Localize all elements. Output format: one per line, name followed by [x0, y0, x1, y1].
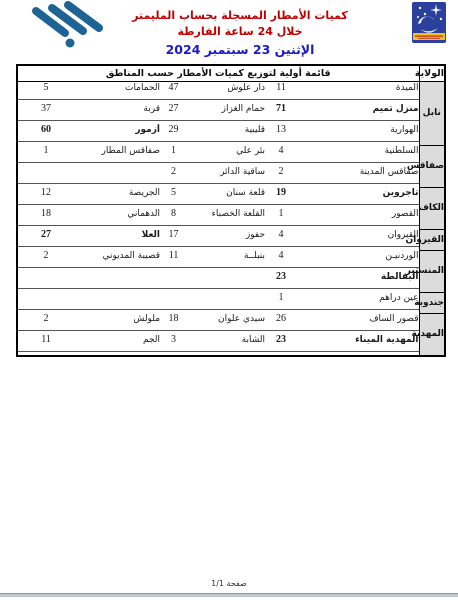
station-name: ملولش — [133, 313, 160, 325]
station-name: القلعة الخصباء — [212, 208, 265, 220]
report-title-line1: كميات الأمطار المسجلة بحساب المليمتر — [110, 8, 370, 24]
station-name: الهوارية — [390, 124, 418, 136]
station-name-cell — [187, 271, 265, 292]
station-name-cell: سيدي علوان — [187, 313, 265, 334]
rainfall-value-cell — [17, 166, 74, 187]
rainfall-value-cell — [17, 271, 74, 292]
table-row: القصور1القلعة الخصباء8الدهماني18 — [17, 208, 445, 229]
station-name-cell: قلعة سنان — [187, 187, 265, 208]
station-name-cell — [74, 166, 160, 187]
rainfall-value-cell: 5 — [17, 82, 74, 104]
rainfall-value: 1 — [44, 145, 49, 157]
rainfall-value-cell: 3 — [160, 334, 187, 356]
station-name-cell: ساقية الدائر — [187, 166, 265, 187]
rainfall-value-cell: 1 — [160, 145, 187, 166]
station-name: قربة — [143, 103, 160, 115]
rainfall-value: 4 — [279, 229, 284, 241]
station-name: الجريصة — [129, 187, 160, 199]
rainfall-value: 3 — [171, 334, 176, 346]
rainfall-value-cell: 2 — [265, 166, 297, 187]
table-row: المهديةقصور الساف26سيدي علوان18ملولش2 — [17, 313, 445, 334]
rainfall-value: 12 — [41, 187, 51, 199]
rainfall-value: 1 — [279, 292, 284, 304]
station-name: دار علوش — [227, 82, 265, 94]
report-title-line2: خلال 24 ساعة الفارطة — [110, 24, 370, 40]
rainfall-value-cell: 60 — [17, 124, 74, 145]
rainfall-value-cell: 13 — [265, 124, 297, 145]
rainfall-table: الولاية قائمة أولية لتوزيع كميات الأمطار… — [16, 64, 446, 357]
station-name: قلعة سنان — [226, 187, 265, 199]
rainfall-value-cell: 1 — [265, 208, 297, 229]
station-name: عين دراهم — [379, 292, 418, 304]
rainfall-value-cell: 71 — [265, 103, 297, 124]
rainfall-value-cell: 11 — [17, 334, 74, 356]
station-name-cell: بنبلــة — [187, 250, 265, 271]
rainfall-value-cell: 37 — [17, 103, 74, 124]
rainfall-value-cell: 17 — [160, 229, 187, 250]
station-name-cell: العلا — [74, 229, 160, 250]
governorate-cell: المهدية — [419, 313, 445, 356]
station-name-cell: بئر علي — [187, 145, 265, 166]
table-row: البقالطة23 — [17, 271, 445, 292]
report-date: الإثنين 23 سبتمبر 2024 — [110, 42, 370, 57]
station-name: حمام الغزاز — [222, 103, 265, 115]
rainfall-value-cell: 5 — [160, 187, 187, 208]
governorate-column-header: الولاية — [419, 65, 445, 82]
rainfall-value-cell: 2 — [160, 166, 187, 187]
governorate-cell: الكاف — [419, 187, 445, 229]
rainfall-value: 47 — [169, 82, 179, 94]
rainfall-value-cell — [160, 292, 187, 313]
station-name-cell: صفاقس المطار — [74, 145, 160, 166]
rainfall-value-cell: 23 — [265, 271, 297, 292]
station-name-cell: قليبية — [187, 124, 265, 145]
rainfall-value: 11 — [169, 250, 179, 262]
rainfall-value: 2 — [44, 250, 49, 262]
rainfall-value-cell — [160, 271, 187, 292]
rainfall-value: 71 — [276, 103, 286, 115]
station-name: بنبلــة — [244, 250, 265, 262]
rainfall-value: 37 — [41, 103, 51, 115]
station-name-cell: الجريصة — [74, 187, 160, 208]
rainfall-value: 5 — [44, 82, 49, 94]
rainfall-value-cell: 2 — [17, 313, 74, 334]
station-name: قليبية — [245, 124, 265, 136]
table-row: صفاقس المدينة2ساقية الدائر2 — [17, 166, 445, 187]
rainfall-value: 23 — [276, 271, 286, 283]
station-name-cell: حمام الغزاز — [187, 103, 265, 124]
station-name: الميدة — [396, 82, 419, 94]
station-name-cell: حفوز — [187, 229, 265, 250]
governorate-cell: نابل — [419, 82, 445, 146]
rainfall-value: 27 — [41, 229, 51, 241]
governorate-cell: المنستير — [419, 250, 445, 292]
station-name-cell: دار علوش — [187, 82, 265, 104]
rainfall-value-cell: 8 — [160, 208, 187, 229]
rainfall-value: 2 — [171, 166, 176, 178]
meteorology-institute-logo-icon — [412, 2, 446, 43]
station-name-cell: صفاقس المدينة — [297, 166, 419, 187]
station-name-cell: القلعة الخصباء — [187, 208, 265, 229]
station-name-cell: الدهماني — [74, 208, 160, 229]
station-name: الحمامات — [125, 82, 160, 94]
table-row: المهدية الميناء23الشابة3الجم11 — [17, 334, 445, 356]
table-row: المنستيرالوردنيـن4بنبلــة11قصيبة المديون… — [17, 250, 445, 271]
rainfall-value-cell: 12 — [17, 187, 74, 208]
station-name-cell: قربة — [74, 103, 160, 124]
station-name-cell: الشابة — [187, 334, 265, 356]
station-name: صفاقس المدينة — [360, 166, 419, 178]
station-name: السلطنية — [385, 145, 419, 157]
table-row: الهوارية13قليبية29أزمور60 — [17, 124, 445, 145]
station-name-cell — [187, 292, 265, 313]
document-page: { "header": { "title_line1": "كميات الأم… — [0, 0, 458, 600]
station-name: الجم — [143, 334, 160, 346]
rainfall-value-cell: 1 — [265, 292, 297, 313]
rainfall-value: 5 — [171, 187, 176, 199]
station-name-cell: الميدة — [297, 82, 419, 104]
station-name-cell: الهوارية — [297, 124, 419, 145]
rainfall-value-cell: 1 — [17, 145, 74, 166]
station-name: منزل تميم — [373, 103, 419, 115]
station-name-cell: الوردنيـن — [297, 250, 419, 271]
rainfall-value-cell: 18 — [160, 313, 187, 334]
rainfall-value: 2 — [279, 166, 284, 178]
rainfall-value-cell: 2 — [17, 250, 74, 271]
station-name: المهدية الميناء — [355, 334, 418, 346]
rainfall-value-cell: 27 — [160, 103, 187, 124]
rainfall-value-cell: 27 — [17, 229, 74, 250]
rainfall-value: 1 — [171, 145, 176, 157]
table-header-row: الولاية قائمة أولية لتوزيع كميات الأمطار… — [17, 65, 445, 82]
station-name-cell: القيروان — [297, 229, 419, 250]
station-name-cell: السلطنية — [297, 145, 419, 166]
table-row: نابلالميدة11دار علوش47الحمامات5 — [17, 82, 445, 104]
rainfall-value: 26 — [276, 313, 286, 325]
rainfall-value: 13 — [276, 124, 286, 136]
governorate-cell: صفاقس — [419, 145, 445, 187]
rainfall-value-cell: 4 — [265, 145, 297, 166]
rainfall-value-cell: 26 — [265, 313, 297, 334]
station-name-cell: البقالطة — [297, 271, 419, 292]
rainfall-value-cell: 11 — [160, 250, 187, 271]
station-name-cell: المهدية الميناء — [297, 334, 419, 356]
rainfall-value: 27 — [169, 103, 179, 115]
governorate-cell: القيروان — [419, 229, 445, 250]
station-name: سيدي علوان — [218, 313, 265, 325]
station-name: الوردنيـن — [386, 250, 419, 262]
rainfall-value: 4 — [279, 250, 284, 262]
page-number-label: صفحة 1/1 — [0, 579, 458, 588]
governorate-cell: جندوبة — [419, 292, 445, 313]
rainfall-value-cell: 4 — [265, 250, 297, 271]
rainfall-value-cell: 23 — [265, 334, 297, 356]
station-name-cell: ملولش — [74, 313, 160, 334]
station-name-cell — [74, 292, 160, 313]
rain-table-body: نابلالميدة11دار علوش47الحمامات5منزل تميم… — [17, 82, 445, 357]
rainfall-value: 2 — [44, 313, 49, 325]
station-name: قصيبة المديوني — [102, 250, 160, 262]
rainfall-value: 11 — [276, 82, 286, 94]
station-name-cell: الجم — [74, 334, 160, 356]
rainfall-value: 23 — [276, 334, 286, 346]
station-name: الدهماني — [127, 208, 160, 220]
rainfall-value-cell: 19 — [265, 187, 297, 208]
station-name-cell: منزل تميم — [297, 103, 419, 124]
rainfall-value: 17 — [169, 229, 179, 241]
rainfall-value-cell: 4 — [265, 229, 297, 250]
station-name-cell: الحمامات — [74, 82, 160, 104]
rainfall-value-cell: 29 — [160, 124, 187, 145]
station-name-cell: قصيبة المديوني — [74, 250, 160, 271]
rainfall-value: 11 — [41, 334, 51, 346]
station-name: بئر علي — [236, 145, 265, 157]
station-name-cell — [74, 271, 160, 292]
rainfall-value: 19 — [276, 187, 286, 199]
rainfall-value: 18 — [41, 208, 51, 220]
station-name-cell: قصور الساف — [297, 313, 419, 334]
rainfall-value-cell: 18 — [17, 208, 74, 229]
station-name: تاجروين — [383, 187, 419, 199]
rainfall-value: 60 — [41, 124, 51, 136]
station-name: القصور — [392, 208, 419, 220]
station-name: أزمور — [135, 124, 160, 136]
station-name-cell: أزمور — [74, 124, 160, 145]
table-row: منزل تميم71حمام الغزاز27قربة37 — [17, 103, 445, 124]
report-title: كميات الأمطار المسجلة بحساب المليمتر خلا… — [110, 8, 370, 40]
blue-swoosh-stripes-icon — [8, 0, 108, 55]
station-name: ساقية الدائر — [220, 166, 265, 178]
station-name: البقالطة — [381, 271, 419, 283]
station-name: صفاقس المطار — [102, 145, 161, 157]
table-row: صفاقسالسلطنية4بئر علي1صفاقس المطار1 — [17, 145, 445, 166]
rainfall-value: 1 — [279, 208, 284, 220]
station-name: الشابة — [242, 334, 265, 346]
station-name-cell: عين دراهم — [297, 292, 419, 313]
rainfall-value: 29 — [169, 124, 179, 136]
rainfall-value: 4 — [279, 145, 284, 157]
table-row: القيروانالقيروان4حفوز17العلا27 — [17, 229, 445, 250]
rainfall-value-cell: 47 — [160, 82, 187, 104]
rainfall-value: 8 — [171, 208, 176, 220]
station-name-cell: القصور — [297, 208, 419, 229]
rainfall-value-cell: 11 — [265, 82, 297, 104]
station-name: العلا — [142, 229, 160, 241]
station-name: حفوز — [246, 229, 265, 241]
rainfall-value-cell — [17, 292, 74, 313]
station-name: القيروان — [388, 229, 419, 241]
table-main-header: قائمة أولية لتوزيع كميات الأمطار حسب الم… — [17, 65, 419, 82]
table-row: الكافتاجروين19قلعة سنان5الجريصة12 — [17, 187, 445, 208]
page-bottom-edge — [0, 593, 458, 597]
rainfall-value: 18 — [169, 313, 179, 325]
station-name: قصور الساف — [369, 313, 418, 325]
station-name-cell: تاجروين — [297, 187, 419, 208]
table-row: جندوبةعين دراهم1 — [17, 292, 445, 313]
